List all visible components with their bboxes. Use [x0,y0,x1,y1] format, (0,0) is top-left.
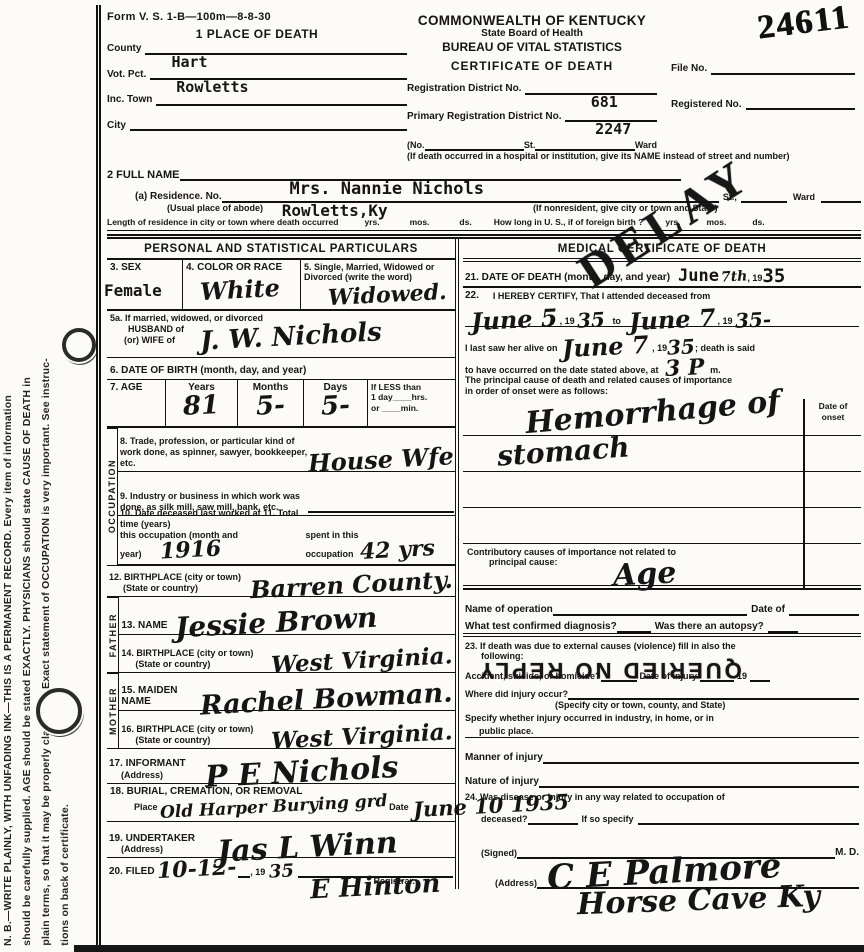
where-label: Where did injury occur? [465,689,568,700]
hospital-note: (If death occurred in a hospital or inst… [407,151,657,161]
father-vlabel: FATHER [108,613,118,657]
birthplace-label: 12. BIRTHPLACE (city or town) [109,572,250,583]
sex-race-marital-row: 3. SEX Female 4. COLOR OR RACE White 5. … [107,260,455,312]
scan-edge-bar [74,945,864,952]
occupation-vlabel: OCCUPATION [107,459,117,533]
punch-hole [62,328,96,362]
age-months-cell: Months 5- [237,380,303,426]
age-days-cell: Days 5- [303,380,367,426]
last-saw-19: , 19 [652,343,667,354]
last-worked-label3: year) [120,549,142,559]
age-label: 7. AGE [110,382,162,394]
full-name-row: 2 FULL NAME Mrs. Nannie Nichols [107,169,861,182]
certificate-title: CERTIFICATE OF DEATH [407,59,657,73]
attended-19b: , 19 [718,316,733,327]
death-said-label: ; death is said [695,343,755,354]
spouse-value: J. W. Nichols [200,321,383,354]
date-of-onset-box: Date of onset [803,399,861,588]
form-number: Form V. S. 1-B—100m—8-8-30 [107,11,407,23]
last-worked-value: 1916 [159,539,221,562]
certify-text: I HEREBY CERTIFY, That I attended deceas… [493,291,710,302]
rule-line [463,543,861,544]
signed-label: (Signed) [481,848,517,859]
mos-label-1: mos. [410,217,430,228]
registered-no-line [746,108,855,110]
industry-line [308,511,454,513]
m-label: m. [710,365,721,376]
informant-label: 17. INFORMANT [109,758,205,770]
physician-address: Horse Cave Ky [577,882,821,917]
file-no-line [711,73,855,75]
burial-date-label: Date [389,802,409,813]
birthplace-row: 12. BIRTHPLACE (city or town) (State or … [107,566,455,597]
primary-reg-label: Primary Registration District No. [407,111,561,123]
md-label: M. D. [835,847,859,859]
attended-to-value: June 7 [628,307,716,333]
autopsy-label: Was there an autopsy? [655,621,764,633]
if-so-label: If so specify [582,814,634,825]
last-worked-label: 10. Date deceased last worked at 11. Tot… [120,508,305,530]
marital-cell: 5. Single, Married, Widowed or Divorced … [301,260,455,310]
manner-label: Manner of injury [465,752,543,764]
file-no-label: File No. [671,63,707,75]
ward-label: Ward [635,140,657,151]
race-label: 4. COLOR OR RACE [186,262,297,274]
full-name-label: 2 FULL NAME [107,169,180,182]
mos-label-2: mos. [707,217,727,228]
father-name-value: Jessie Brown [175,604,378,640]
manner-line [543,762,859,764]
specify-label-2: public place. [479,726,534,737]
q24-label-2: deceased? [481,814,528,825]
residence-notes-row: (Usual place of abode) (If nonresident, … [107,203,861,213]
registered-no-label: Registered No. [671,99,742,111]
vot-pct-line: Rowletts [150,78,407,80]
years-value: 81 [183,394,220,419]
marital-value: Widowed. [328,283,448,309]
st-label: St. [524,140,536,151]
rule-line [463,507,861,508]
test-line [617,631,651,633]
place-of-death-heading: 1 PLACE OF DEATH [107,27,407,41]
wife-of-label: (or) WIFE of [124,335,184,346]
signed-line: C E Palmore [517,857,835,859]
medical-column: MEDICAL CERTIFICATE OF DEATH 21. DATE OF… [459,239,861,889]
father-bp-label: 14. BIRTHPLACE (city or town) [121,648,271,659]
reg-district-label: Registration District No. [407,83,521,95]
where-row: Where did injury occur? [465,682,859,700]
rule-line [463,471,861,472]
sig-address-label: (Address) [495,878,537,889]
date-of-death-row: 21. DATE OF DEATH (month, day, and year)… [463,262,861,288]
onset-label-2: onset [805,412,861,423]
county-label: County [107,43,141,55]
test-row: What test confirmed diagnosis? Was there… [463,616,861,637]
q24-row: deceased? If so specify [465,803,859,825]
days-value: 5- [320,394,350,419]
residence-ward-line [821,201,861,203]
nineteen-line [750,680,770,682]
inc-town-label: Inc. Town [107,94,152,106]
total-time-label3: occupation [305,549,353,559]
trade-row: 8. Trade, profession, or particular kind… [118,428,456,472]
attended-row: June 5 , 19 35 to June 7 , 19 35- [465,301,859,327]
occupation-vlabel-cell: OCCUPATION [107,428,118,566]
registrar-signature: E Hinton [310,872,442,902]
margin-note-line2: should be carefully supplied. AGE should… [21,377,33,946]
filed-row: 20. FILED 10-12- , 19 35 E Hinton [107,858,455,880]
undertaker-label: 19. UNDERTAKER [109,833,217,845]
informant-address-label: (Address) [121,770,205,781]
father-vlabel-cell: FATHER [107,597,119,673]
months-value: 5- [255,394,285,419]
father-birthplace-row: 14. BIRTHPLACE (city or town) (State or … [119,635,455,673]
medical-title: MEDICAL CERTIFICATE OF DEATH [463,239,861,262]
q24-label-1: 24. Was disease or injury in any way rel… [465,792,859,803]
personal-column: PERSONAL AND STATISTICAL PARTICULARS 3. … [107,239,459,889]
margin-note-line1: N. B.—WRITE PLAINLY, WITH UNFADING INK—T… [2,395,14,946]
residence-st-line [741,201,787,203]
mother-vlabel-cell: MOTHER [107,673,119,749]
mother-vlabel: MOTHER [108,687,118,735]
undertaker-row: 19. UNDERTAKER (Address) Jas L Winn [107,822,455,858]
nature-row: Nature of injury [465,764,859,788]
length-residence-label: Length of residence in city or town wher… [107,217,338,228]
autopsy-line [768,631,798,633]
contributory-label-2: principal cause: [489,557,558,568]
board-title: State Board of Health [407,28,657,39]
informant-value: P E Nichols [204,753,399,790]
mother-group: MOTHER 15. MAIDEN NAME Rachel Bowman. 16… [107,673,455,749]
ds-label-1: ds. [459,217,471,228]
burial-place-value: Old Harper Burying grd [159,794,387,821]
principal-cause-label-1: The principal cause of death and related… [465,375,859,386]
registrar-line: E Hinton [298,876,453,878]
occupation-group: OCCUPATION 8. Trade, profession, or part… [107,428,455,566]
dod-year-value: 35 [762,265,785,287]
q24-line2 [638,823,859,825]
sex-label: 3. SEX [110,262,179,274]
less-than-cell: If LESS than 1 day____hrs. or ____min. [367,380,455,426]
sex-value: Female [104,281,179,300]
residence-ward-label: Ward [793,192,815,203]
total-time-value: 42 yrs [359,539,435,563]
father-name-label: 13. NAME [121,620,167,632]
no-label: (No. [407,140,425,151]
contributory-value: Age [612,559,677,589]
occurred-row: to have occurred on the date stated abov… [465,353,859,375]
yrs-label-2: yrs. [665,217,680,228]
manner-row: Manner of injury [465,738,859,764]
nature-label: Nature of injury [465,776,539,788]
city-line [130,129,407,131]
maiden-name-row: 15. MAIDEN NAME Rachel Bowman. [119,673,455,711]
father-group: FATHER 13. NAME Jessie Brown 14. BIRTHPL… [107,597,455,673]
queried-no-reply-stamp: QUERIED NO REPLY [477,657,742,683]
nature-line [539,786,859,788]
father-name-row: 13. NAME Jessie Brown [119,597,455,635]
full-name-line: Mrs. Nannie Nichols [180,179,681,181]
last-saw-label: I last saw her alive on [465,343,558,354]
residence-row: (a) Residence. No. Rowletts,Ky St., Ward [107,191,861,203]
how-long-label: How long in U. S., if of foreign birth ? [494,217,644,228]
age-years-cell: Years 81 [165,380,237,426]
occurred-label: to have occurred on the date stated abov… [465,365,659,376]
dob-label: 6. DATE OF BIRTH (month, day, and year) [110,365,306,376]
dod-month-value: June [678,266,719,286]
last-worked-row: 10. Date deceased last worked at 11. Tot… [118,516,456,566]
dod-day-value: 7th [721,271,748,285]
reg-district-value: 681 [565,93,618,111]
q24-line1 [528,823,578,825]
attended-from-value: June 5 [470,307,558,333]
undertaker-address-label: (Address) [121,844,217,855]
mother-bp-state-label: (State or country) [135,735,271,746]
operation-label: Name of operation [465,604,553,616]
city-label: City [107,120,126,132]
length-residence-row: Length of residence in city or town wher… [107,217,861,231]
q23-label-1: 23. If death was due to external causes … [465,641,859,652]
margin-note-line4: tions on back of certificate. [59,804,71,946]
columns-section: PERSONAL AND STATISTICAL PARTICULARS 3. … [107,234,861,889]
operation-date-label: Date of [751,604,785,616]
yrs-label-1: yrs. [364,217,379,228]
father-bp-state-label: (State or country) [135,659,271,670]
dod-19-label: , 19 [747,273,762,284]
rule-line [463,435,861,436]
county-line: Hart [145,53,407,55]
reg-district-line: 681 [525,93,657,95]
specify-label-1: Specify whether injury occurred in indus… [465,713,859,724]
vot-pct-label: Vot. Pct. [107,69,146,81]
primary-reg-line: 2247 [565,120,657,122]
birthplace-state-label: (State or country) [123,583,250,594]
maiden-name-label: 15. MAIDEN NAME [121,685,196,708]
ds-label-2: ds. [752,217,764,228]
sex-cell: 3. SEX Female [107,260,183,310]
death-certificate-scan: N. B.—WRITE PLAINLY, WITH UNFADING INK—T… [0,0,864,952]
undertaker-value: Jas L Winn [216,829,398,865]
cause-value-line2: stomach [496,434,630,468]
residence-st-label: St., [723,192,737,203]
attended-from-year: 35 [576,311,605,330]
commonwealth-title: COMMONWEALTH OF KENTUCKY [407,13,657,28]
attended-19a: , 19 [560,316,575,327]
bureau-title: BUREAU OF VITAL STATISTICS [407,40,657,54]
dob-row: 6. DATE OF BIRTH (month, day, and year) [107,358,455,380]
nonresident-note: (If nonresident, give city or town and S… [533,203,718,213]
inc-town-line [156,104,407,106]
less-than-3: or ____min. [371,403,452,414]
burial-place-label: Place [134,802,158,813]
primary-reg-value: 2247 [591,120,631,138]
less-than-1: If LESS than [371,382,452,393]
age-cell: 7. AGE [107,380,165,426]
onset-label-1: Date of [805,401,861,412]
form-header: Form V. S. 1-B—100m—8-8-30 1 PLACE OF DE… [107,7,861,161]
cause-of-death-area: Date of onset Hemorrhage of stomach Cont… [463,399,861,590]
less-than-2: 1 day____hrs. [371,392,452,403]
trade-value: House Wfe [308,445,455,474]
punch-hole [36,688,82,734]
husband-of-label: HUSBAND of [128,324,184,335]
signed-row: (Signed) C E Palmore M. D. [465,825,859,859]
trade-label: 8. Trade, profession, or particular kind… [120,436,308,468]
test-label: What test confirmed diagnosis? [465,621,617,633]
margin-note-line3: plain terms, so that it may be properly … [40,358,52,946]
attended-to-year: 35- [734,311,771,331]
personal-title: PERSONAL AND STATISTICAL PARTICULARS [107,239,455,260]
mother-bp-label: 16. BIRTHPLACE (city or town) [121,724,271,735]
certify-block: 22. I HEREBY CERTIFY, That I attended de… [463,288,861,399]
residence-label: (a) Residence. No. [135,191,222,203]
to-label: to [612,316,621,327]
full-name-value: Mrs. Nannie Nichols [290,179,484,199]
sig-address-line: Horse Cave Ky [537,887,859,889]
race-value: White [199,277,280,303]
certificate-form: Form V. S. 1-B—100m—8-8-30 1 PLACE OF DE… [96,5,861,945]
last-saw-date: June 7 [561,334,649,360]
dod-label: 21. DATE OF DEATH (month, day, and year) [465,272,670,284]
occurred-time-value: 3 P [664,358,704,380]
certify-number: 22. [465,290,479,302]
specify-note: (Specify city or town, county, and State… [555,700,859,711]
filed-year-value: 35 [269,863,295,880]
race-cell: 4. COLOR OR RACE White [183,260,301,310]
filed-date-value: 10-12- [156,858,236,882]
vot-pct-value: Rowletts [150,78,248,96]
abode-note: (Usual place of abode) [167,203,263,213]
operation-row: Name of operation Date of [463,590,861,616]
spouse-block: 5a. If married, widowed, or divorced HUS… [107,311,455,358]
age-row: 7. AGE Years 81 Months 5- Days 5- [107,380,455,428]
county-value: Hart [145,53,207,71]
